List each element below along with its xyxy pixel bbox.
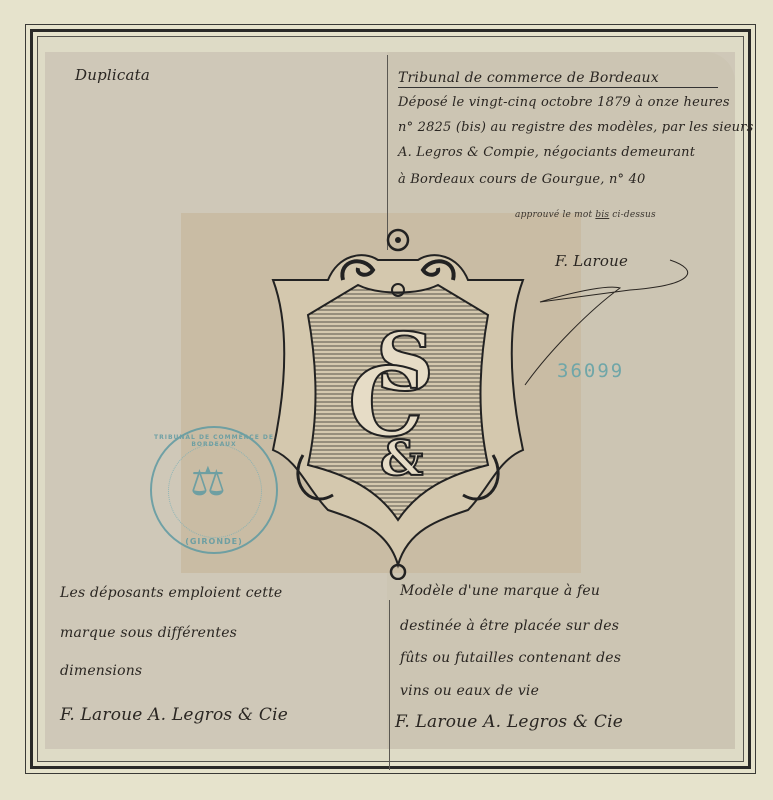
right-note-line-2: destinée à être placée sur des [400,618,619,634]
left-note-line-2: marque sous différentes [60,625,237,641]
register-number-stamp: 36099 [557,360,624,382]
monogram-shield-emblem: S C & [268,220,528,580]
deposit-line-4: à Bordeaux cours de Gourgue, n° 40 [398,172,646,187]
signatures-right: F. Laroue A. Legros & Cie [395,712,623,732]
left-note-line-3: dimensions [60,663,142,679]
deposit-line-2: n° 2825 (bis) au registre des modèles, p… [398,120,753,135]
deposit-line-1: Déposé le vingt-cinq octobre 1879 à onze… [398,95,730,110]
left-note-line-1: Les déposants emploient cette [60,585,282,601]
approval-note-after: ci-dessus [612,210,656,220]
right-note-line-3: fûts ou futailles contenant des [400,650,621,666]
approval-note-before: approuvé le mot [515,210,592,220]
deposit-line-3: A. Legros & Compie, négociants demeurant [398,145,695,160]
tribunal-heading: Tribunal de commerce de Bordeaux [398,70,718,88]
right-note-line-4: vins ou eaux de vie [400,683,539,699]
approval-note-word: bis [595,210,609,220]
approval-note: approuvé le mot bis ci-dessus [515,210,656,220]
svg-text:&: & [380,431,423,487]
tribunal-seal: TRIBUNAL DE COMMERCE DE BORDEAUX ⚖ (GIRO… [150,426,278,554]
right-note-line-1: Modèle d'une marque à feu [400,583,600,599]
signatures-left: F. Laroue A. Legros & Cie [60,705,288,725]
duplicata-heading: Duplicata [75,66,150,84]
seal-figure-icon: ⚖ [190,462,226,502]
column-divider-bottom [389,600,390,770]
seal-text-top: TRIBUNAL DE COMMERCE DE BORDEAUX [152,434,276,448]
seal-text-bottom: (GIRONDE) [152,537,276,546]
